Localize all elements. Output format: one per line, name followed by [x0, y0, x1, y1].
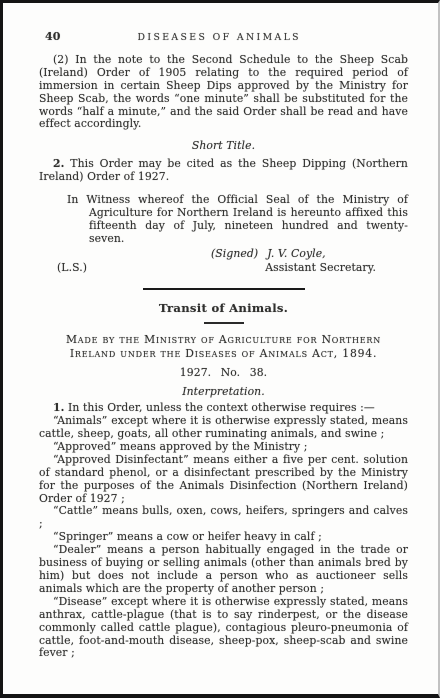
short-title-heading: Short Title. [39, 140, 408, 153]
scanned-document-page: 40 DISEASES OF ANIMALS (2) In the note t… [0, 0, 440, 698]
definition-approved: “Approved” means approved by the Ministr… [39, 441, 408, 454]
citation-clause-text: This Order may be cited as the Sheep Dip… [39, 157, 408, 183]
title-divider-rule [204, 322, 244, 324]
running-head-title: DISEASES OF ANIMALS [61, 32, 408, 45]
signatory-title: Assistant Secretary. [265, 262, 376, 275]
definitions-list: “Animals” except where it is otherwise e… [39, 415, 408, 660]
interpretation-clause-number: 1. [53, 401, 64, 414]
signed-label: (Signed) [211, 247, 258, 260]
interpretation-heading: Interpretation. [39, 386, 408, 399]
page-header: 40 DISEASES OF ANIMALS [39, 31, 408, 45]
definition-cattle: “Cattle” means bulls, oxen, cows, heifer… [39, 505, 408, 531]
definition-disease: “Disease” except where it is otherwise e… [39, 596, 408, 661]
order-reference: 1927. No. 38. [39, 367, 408, 380]
interpretation-clause-text: In this Order, unless the context otherw… [68, 401, 375, 414]
seal-line: (L.S.) Assistant Secretary. [39, 262, 408, 275]
signature-name: J. V. Coyle, [267, 247, 325, 260]
citation-clause-number: 2. [53, 157, 64, 170]
page-content: 40 DISEASES OF ANIMALS (2) In the note t… [3, 3, 438, 660]
transit-order-title: Transit of Animals. [39, 302, 408, 315]
section-divider-rule [143, 288, 305, 290]
made-by-statement: Made by the Ministry of Agriculture for … [48, 333, 400, 361]
seal-mark: (L.S.) [57, 262, 87, 275]
witness-clause: In Witness whereof the Official Seal of … [39, 194, 408, 246]
definition-approved-disinfectant: “Approved Disinfectant” means either a f… [39, 454, 408, 506]
page-number: 40 [45, 31, 61, 44]
definition-dealer: “Dealer” means a person habitually engag… [39, 544, 408, 596]
signature-line: (Signed)J. V. Coyle, [39, 248, 408, 261]
definition-animals: “Animals” except where it is otherwise e… [39, 415, 408, 441]
citation-clause: 2. This Order may be cited as the Sheep … [39, 158, 408, 184]
paragraph-immersion-amendment: (2) In the note to the Second Schedule t… [39, 54, 408, 131]
